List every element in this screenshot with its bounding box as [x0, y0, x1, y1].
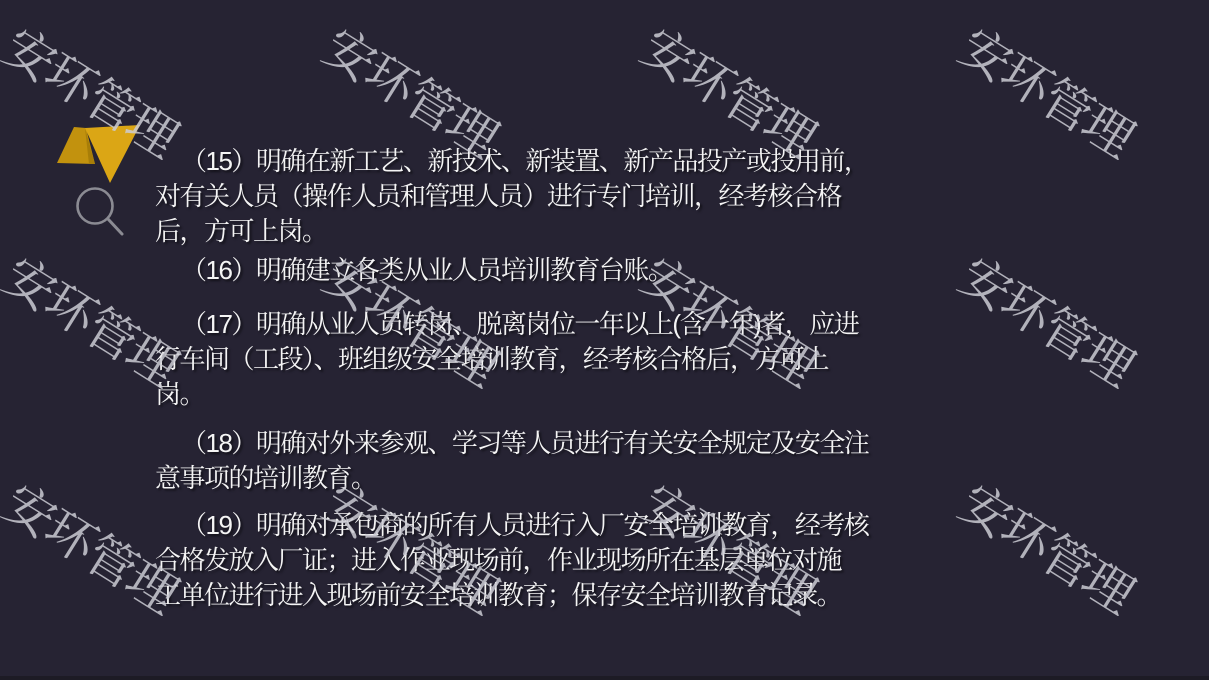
- text-line: 合格发放入厂证；进入作业现场前，作业现场所在基层单位对施: [155, 543, 868, 578]
- magnifier-icon: [72, 186, 132, 247]
- text-line: 行车间（工段）、班组级安全培训教育，经考核合格后，方可上: [155, 342, 858, 377]
- text-line: 工单位进行进入现场前安全培训教育；保存安全培训教育记录。: [155, 578, 868, 613]
- watermark-text: 安环管理: [948, 237, 1149, 400]
- text-line: （16）明确建立各类从业人员培训教育台账。: [155, 253, 672, 288]
- paragraph-17: （17）明确从业人员转岗、脱离岗位一年以上(含一年)者，应进 行车间（工段）、班…: [155, 307, 858, 412]
- watermark-text: 安环管理: [948, 464, 1149, 627]
- text-line: （18）明确对外来参观、学习等人员进行有关安全规定及安全注: [155, 426, 868, 461]
- text-line: 岗。: [155, 377, 858, 412]
- text-line: 意事项的培训教育。: [155, 461, 868, 496]
- paragraph-19: （19）明确对承包商的所有人员进行入厂安全培训教育，经考核 合格发放入厂证；进入…: [155, 508, 868, 613]
- paragraph-16: （16）明确建立各类从业人员培训教育台账。: [155, 253, 672, 288]
- text-line: 后，方可上岗。: [155, 214, 868, 249]
- paragraph-18: （18）明确对外来参观、学习等人员进行有关安全规定及安全注 意事项的培训教育。: [155, 426, 868, 496]
- watermark-text: 安环管理: [948, 8, 1149, 171]
- paragraph-15: （15）明确在新工艺、新技术、新装置、新产品投产或投用前， 对有关人员（操作人员…: [155, 144, 868, 249]
- bottom-edge-divider: [0, 676, 1209, 680]
- slide: （15）明确在新工艺、新技术、新装置、新产品投产或投用前， 对有关人员（操作人员…: [0, 0, 1209, 680]
- flag-icon: [53, 123, 143, 190]
- text-line: （15）明确在新工艺、新技术、新装置、新产品投产或投用前，: [155, 144, 868, 179]
- text-line: （19）明确对承包商的所有人员进行入厂安全培训教育，经考核: [155, 508, 868, 543]
- text-line: （17）明确从业人员转岗、脱离岗位一年以上(含一年)者，应进: [155, 307, 858, 342]
- text-line: 对有关人员（操作人员和管理人员）进行专门培训，经考核合格: [155, 179, 868, 214]
